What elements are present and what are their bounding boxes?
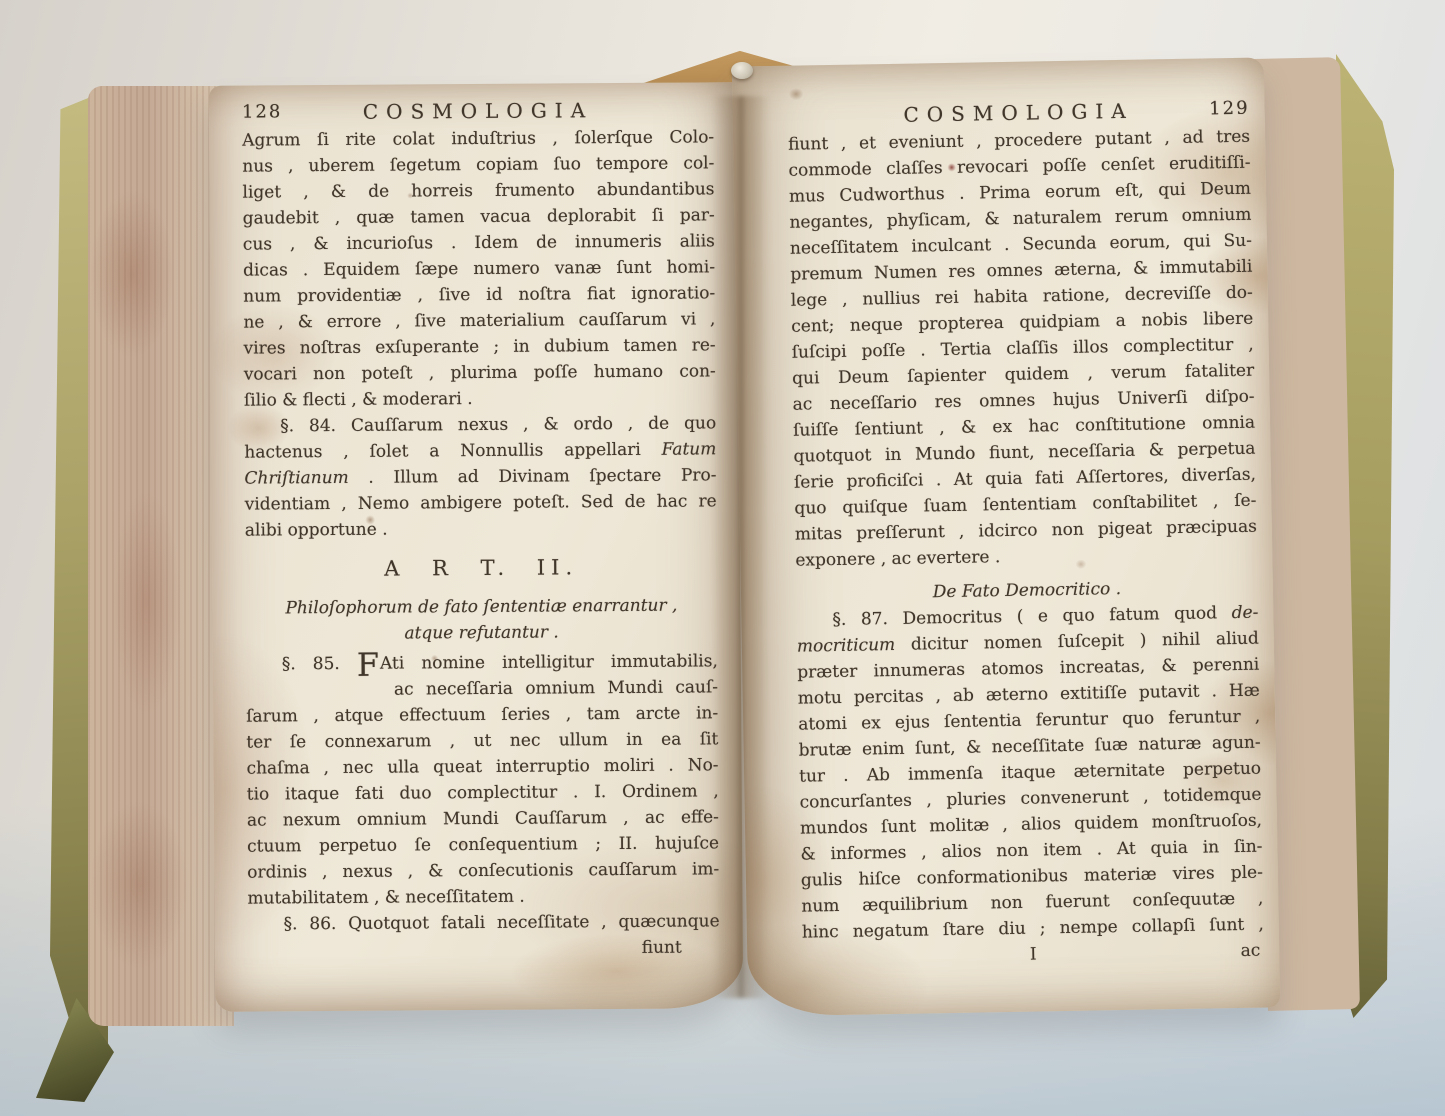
- text-line: §. 85. FAti nomine intelligitur immutabi…: [246, 648, 718, 677]
- text-line: dicas . Equidem ſæpe numero vanæ ſunt ho…: [243, 254, 715, 283]
- text-line: num providentiæ , ſive id noſtra fiat ig…: [243, 280, 715, 309]
- left-page: 128 COSMOLOGIA Agrum ſi rite colat induſ…: [209, 82, 743, 1012]
- text-line: ordinis , nexus , & conſecutionis cauſſa…: [247, 856, 719, 885]
- text-line: ac neceſſaria omnium Mundi cauſ-: [246, 674, 718, 703]
- page-number-right: 129: [1185, 94, 1250, 125]
- text-line: hactenus , ſolet a Nonnullis appellari F…: [244, 436, 716, 465]
- header-spacer-right: [787, 101, 852, 132]
- text-line: ctuum perpetuo ſe conſequentium ; II. hu…: [247, 830, 719, 859]
- headband-knob: [731, 62, 753, 79]
- left-page-body: Agrum ſi rite colat induſtrius , ſolerſq…: [242, 124, 720, 963]
- text-line: A R T. II.: [245, 548, 717, 587]
- text-line: fiunt: [248, 934, 720, 963]
- book-photo: 128 COSMOLOGIA Agrum ſi rite colat induſ…: [0, 0, 1445, 1116]
- text-line: tio itaque fati duo complectitur . I. Or…: [247, 778, 719, 807]
- text-line: §. 86. Quotquot fatali neceſſitate , quæ…: [248, 908, 720, 937]
- right-page-text: COSMOLOGIA 129 fiunt , et eveniunt , pro…: [787, 94, 1264, 972]
- text-line: Agrum ſi rite colat induſtrius , ſolerſq…: [242, 124, 714, 153]
- text-line: ne , & errore , ſive materialium cauſſar…: [243, 306, 715, 335]
- text-line: liget , & de horreis frumento abundantib…: [242, 176, 714, 205]
- text-line: atque refutantur .: [246, 618, 718, 647]
- gutter-shadow: [712, 96, 770, 998]
- text-line: cus , & incurioſus . Idem de innumeris a…: [243, 228, 715, 257]
- header-spacer-left: [650, 94, 714, 124]
- text-line: ac nexum omnium Mundi Cauſſarum , ac eff…: [247, 804, 719, 833]
- text-line: ſilio & flecti , & moderari .: [244, 384, 716, 413]
- right-page-body: fiunt , et eveniunt , procedere putant ,…: [788, 124, 1265, 972]
- right-page: COSMOLOGIA 129 fiunt , et eveniunt , pro…: [732, 57, 1280, 1016]
- page-number-left: 128: [242, 97, 306, 127]
- text-line: mutabilitatem , & neceſſitatem .: [247, 882, 719, 911]
- text-line: Philoſophorum de fato ſententiæ enarrant…: [245, 592, 717, 621]
- text-line: ſarum , atque effectuum ſeries , tam arc…: [246, 700, 718, 729]
- text-line: Chriſtianum . Illum ad Divinam ſpectare …: [244, 462, 716, 491]
- left-page-text: 128 COSMOLOGIA Agrum ſi rite colat induſ…: [242, 94, 720, 963]
- text-line: gaudebit , quæ tamen vacua deplorabit ſi…: [243, 202, 715, 231]
- text-line: nus , uberem ſegetum copiam ſuo tempore …: [242, 150, 714, 179]
- text-line: chaſma , nec ulla queat interruptio moli…: [246, 752, 718, 781]
- text-line: vires noſtras exſuperante ; in dubium ta…: [244, 332, 716, 361]
- text-line: §. 84. Cauſſarum nexus , & ordo , de quo: [244, 410, 716, 439]
- running-title-left: COSMOLOGIA: [306, 95, 650, 127]
- text-line: videntiam , Nemo ambigere poteſt. Sed de…: [245, 488, 717, 517]
- text-line: ter ſe connexarum , ut nec ullum in ea ſ…: [246, 726, 718, 755]
- text-line: alibi opportune .: [245, 514, 717, 543]
- text-line: vocari non poteſt , plurima poſſe humano…: [244, 358, 716, 387]
- left-page-header: 128 COSMOLOGIA: [242, 94, 714, 127]
